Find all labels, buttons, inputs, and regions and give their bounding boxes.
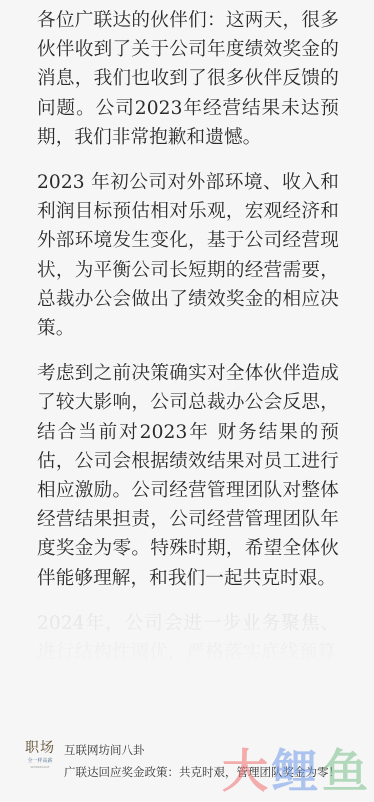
- source-card[interactable]: 职场 全一样高薪 WORKPLACE 互联网坊间八卦 广联达回应奖金政策：共克时…: [0, 730, 374, 802]
- source-account-name[interactable]: 互联网坊间八卦: [64, 742, 145, 758]
- paragraph-4-faded: 2024年，公司会进一步业务聚焦、进行结构性调优，严格落实底线预算: [37, 609, 339, 679]
- logo-subtext-en: WORKPLACE: [31, 765, 50, 769]
- article-body: 各位广联达的伙伴们：这两天，很多伙伴收到了关于公司年度绩效奖金的消息，我们也收到…: [37, 6, 339, 695]
- logo-subtext: 全一样高薪: [27, 758, 52, 765]
- source-logo: 职场 全一样高薪 WORKPLACE: [22, 740, 58, 776]
- paragraph-1: 各位广联达的伙伴们：这两天，很多伙伴收到了关于公司年度绩效奖金的消息，我们也收到…: [37, 6, 339, 152]
- logo-text: 职场: [25, 740, 55, 756]
- source-article-title[interactable]: 广联达回应奖金政策：共克时艰，管理团队奖金为零！: [64, 763, 360, 781]
- paragraph-3: 考虑到之前决策确实对全体伙伴造成了较大影响，公司总裁办公会反思，结合当前对202…: [37, 359, 339, 593]
- paragraph-2: 2023 年初公司对外部环境、收入和利润目标预估相对乐观，宏观经济和外部环境发生…: [37, 168, 339, 343]
